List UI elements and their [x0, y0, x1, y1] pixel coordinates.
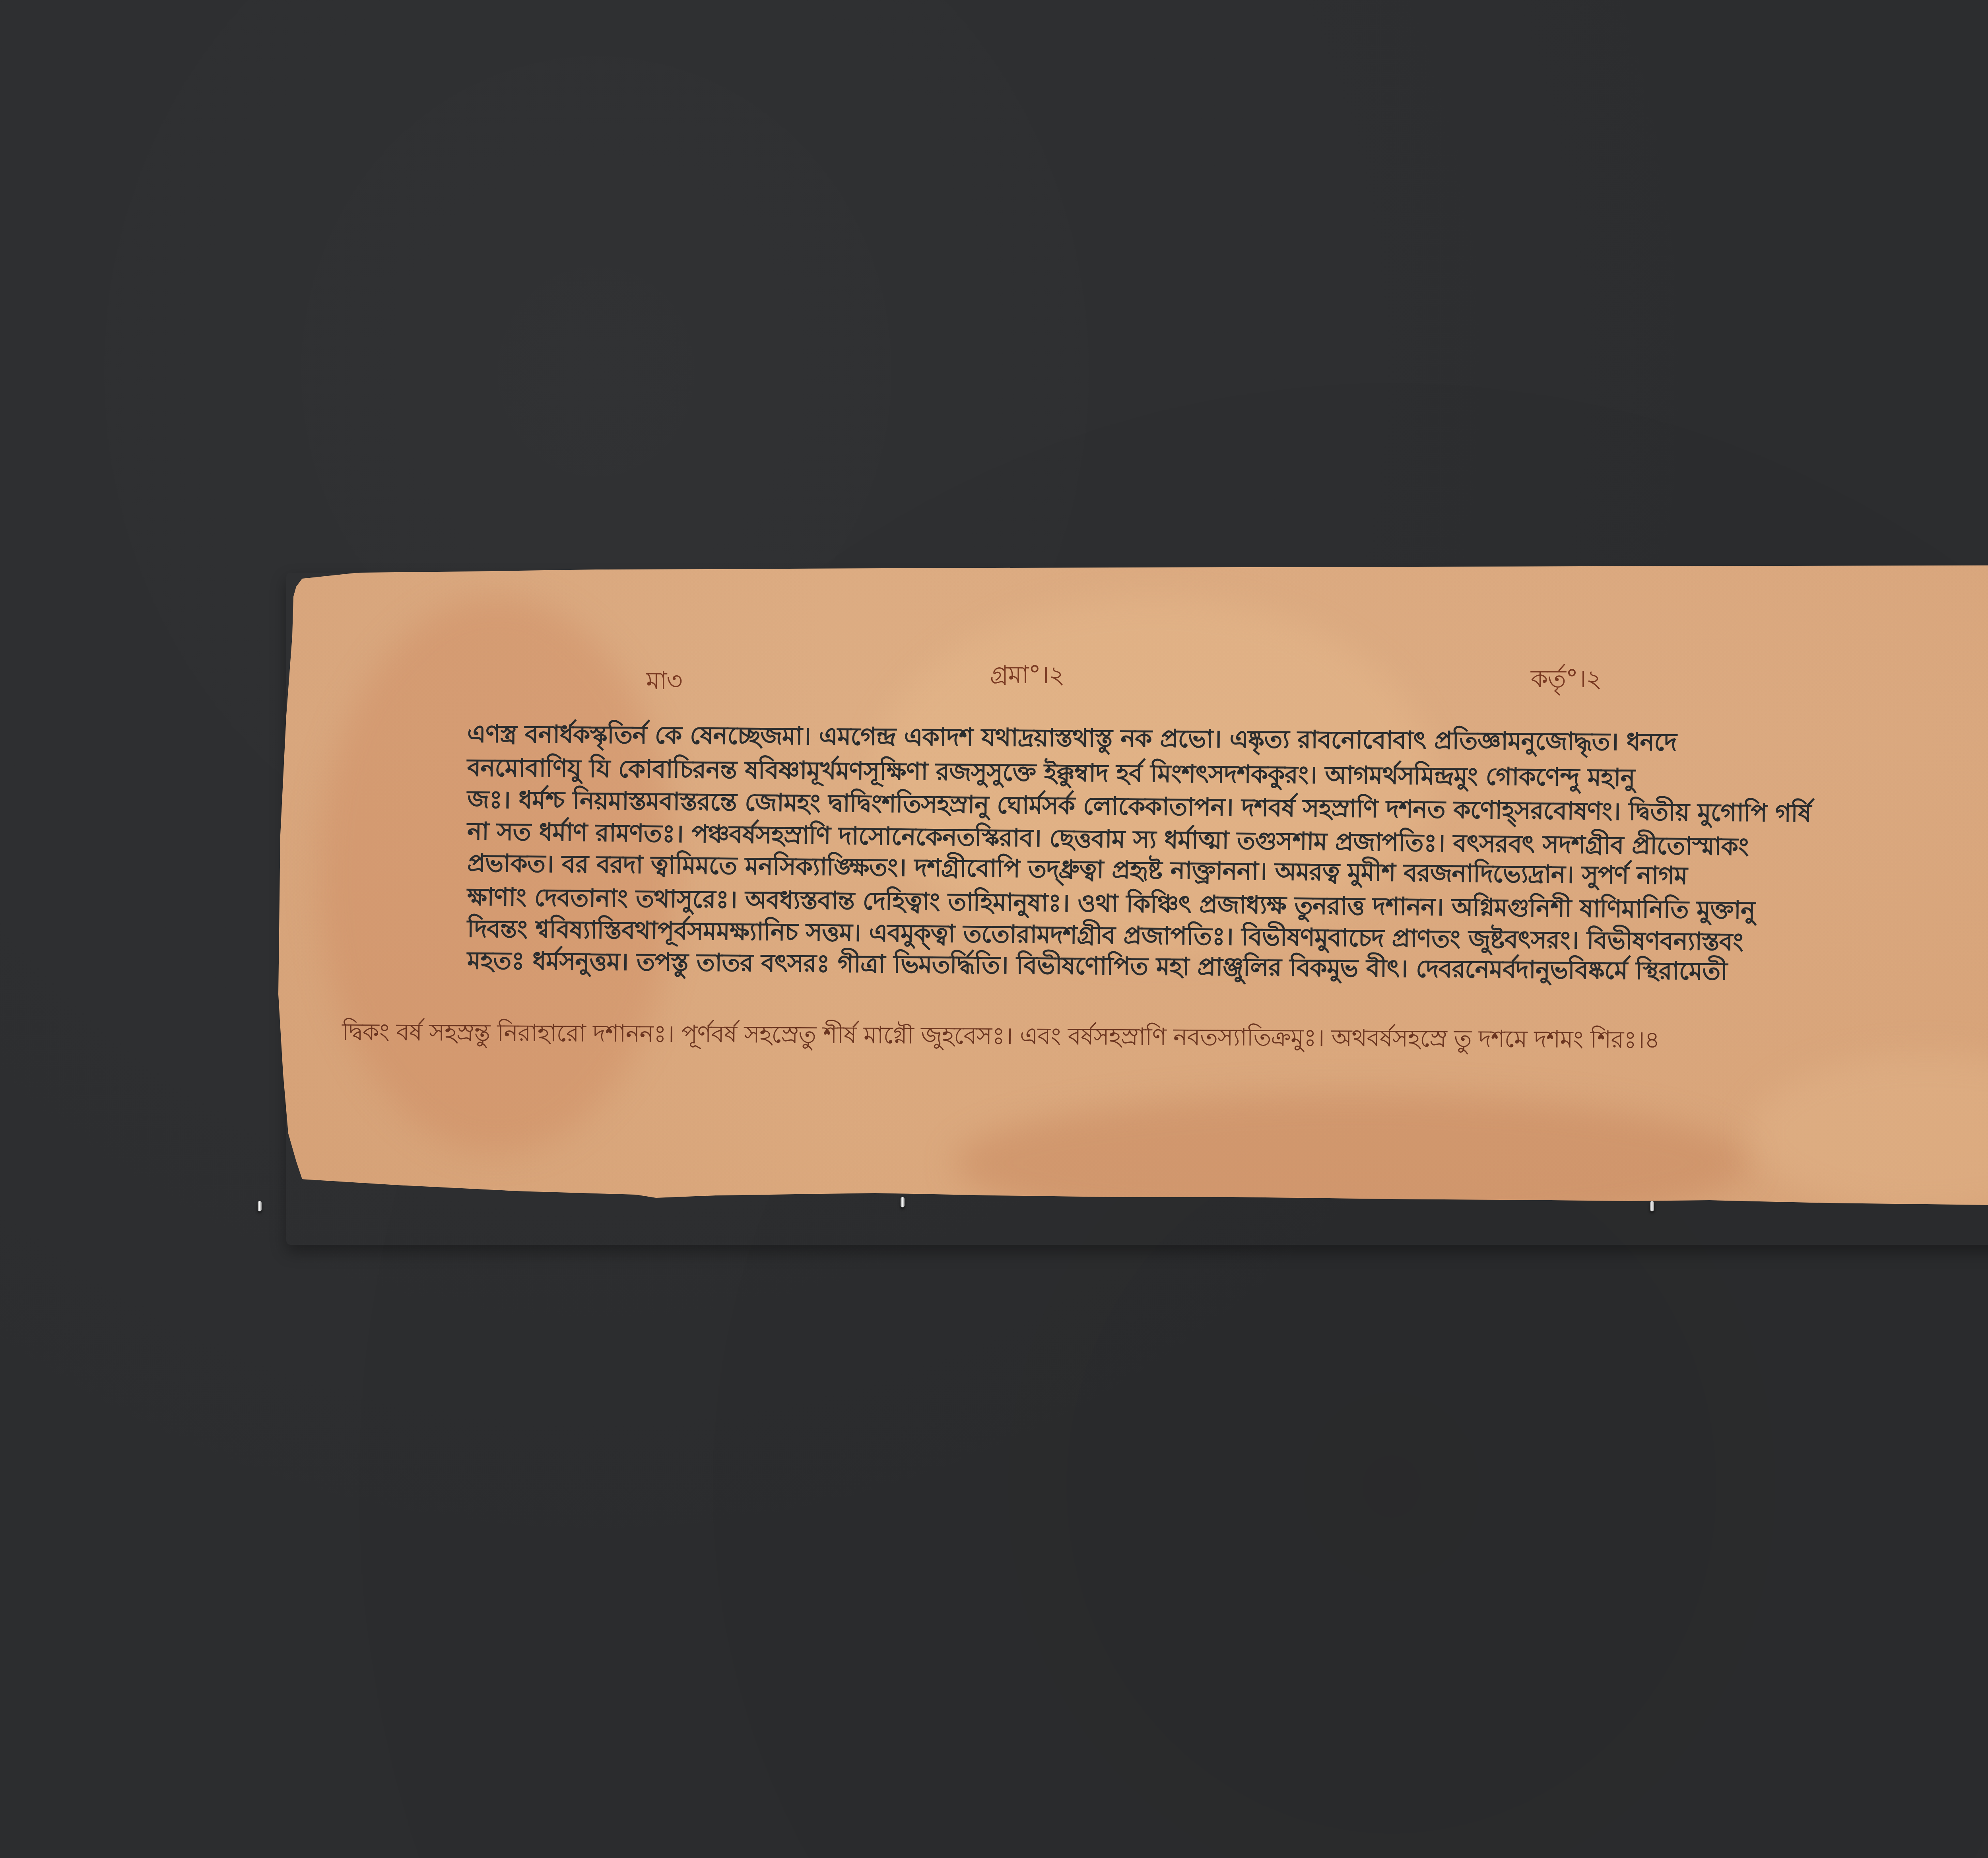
- marginalia-author-mark: কর্তৃ°।২: [1531, 660, 1602, 701]
- mounting-pin: [258, 1201, 262, 1211]
- mounting-pin: [1650, 1201, 1654, 1211]
- mounting-pin: [901, 1197, 905, 1207]
- marginalia-folio-mark: মা৩: [646, 662, 682, 703]
- paper-stain: [1749, 1054, 1988, 1213]
- marginalia-section-mark: গ্রমা°।২: [990, 656, 1064, 697]
